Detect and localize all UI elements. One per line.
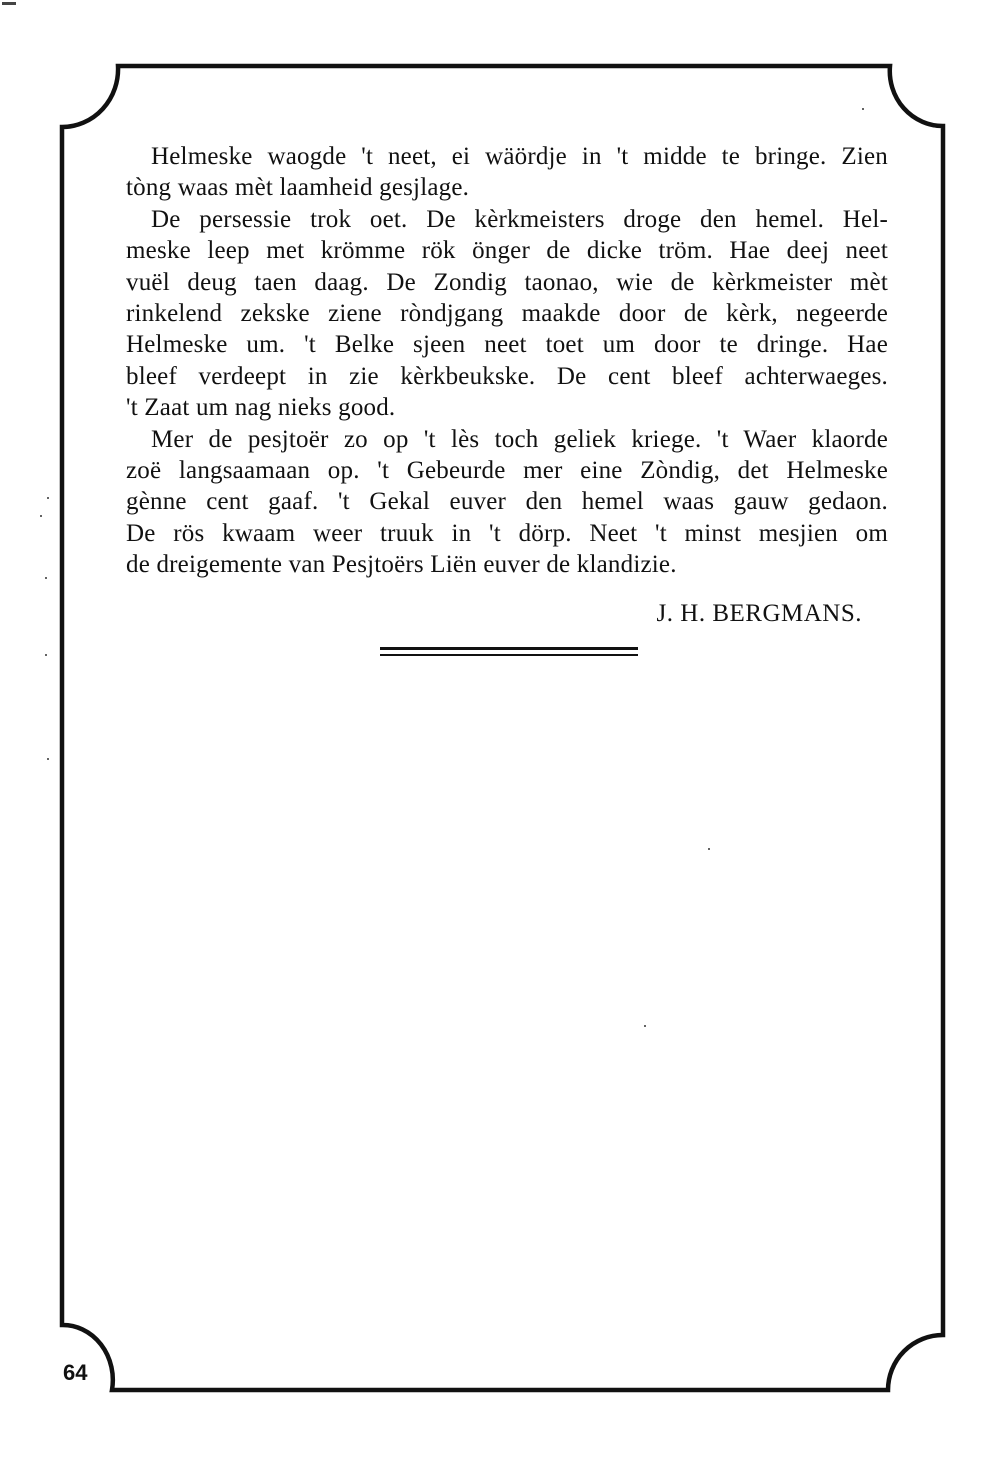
page-number: 64: [63, 1360, 87, 1386]
text-line: De persessie trok oet. De kèrkmeisters d…: [126, 204, 888, 235]
text-line: rinkelend zekske ziene ròndjgang maakde …: [101, 298, 888, 329]
text-line: bleef verdeept in zie kèrkbeukske. De ce…: [101, 361, 888, 392]
author-signature: J. H. BERGMANS.: [560, 600, 862, 628]
scan-speck: [644, 1025, 646, 1027]
text-line: de dreigemente van Pesjtoërs Liën euver …: [101, 549, 888, 580]
text-line: tòng waas mèt laamheid gesjlage.: [101, 172, 888, 203]
text-line: Mer de pesjtoër zo op 't lès toch geliek…: [126, 424, 888, 455]
text-line: gènne cent gaaf. 't Gekal euver den heme…: [101, 486, 888, 517]
text-line: meske leep met krömme rök önger de dicke…: [101, 235, 888, 266]
text-line: zoë langsaamaan op. 't Gebeurde mer eine…: [101, 455, 888, 486]
paragraph-1: Helmeske waogde 't neet, ei wäördje in '…: [126, 141, 888, 204]
double-rule-divider: [380, 647, 638, 650]
text-line: De rös kwaam weer truuk in 't dörp. Neet…: [101, 518, 888, 549]
paragraph-2: De persessie trok oet. De kèrkmeisters d…: [126, 204, 888, 424]
scan-speck: [862, 108, 864, 110]
scan-speck: [47, 758, 49, 760]
scan-speck: [45, 654, 47, 656]
text-line: 't Zaat um nag nieks good.: [101, 392, 888, 423]
scan-speck: [40, 515, 42, 517]
text-line: vuël deug taen daag. De Zondig taonao, w…: [101, 267, 888, 298]
double-rule-divider-lower: [380, 654, 638, 656]
book-page: Helmeske waogde 't neet, ei wäördje in '…: [0, 0, 1000, 1478]
scan-speck: [45, 577, 47, 579]
scan-speck: [708, 848, 710, 850]
text-line: Helmeske waogde 't neet, ei wäördje in '…: [126, 141, 888, 172]
paragraph-3: Mer de pesjtoër zo op 't lès toch geliek…: [126, 424, 888, 581]
text-line: Helmeske um. 't Belke sjeen neet toet um…: [101, 329, 888, 360]
article-body: Helmeske waogde 't neet, ei wäördje in '…: [126, 141, 888, 581]
scan-speck: [47, 497, 49, 499]
